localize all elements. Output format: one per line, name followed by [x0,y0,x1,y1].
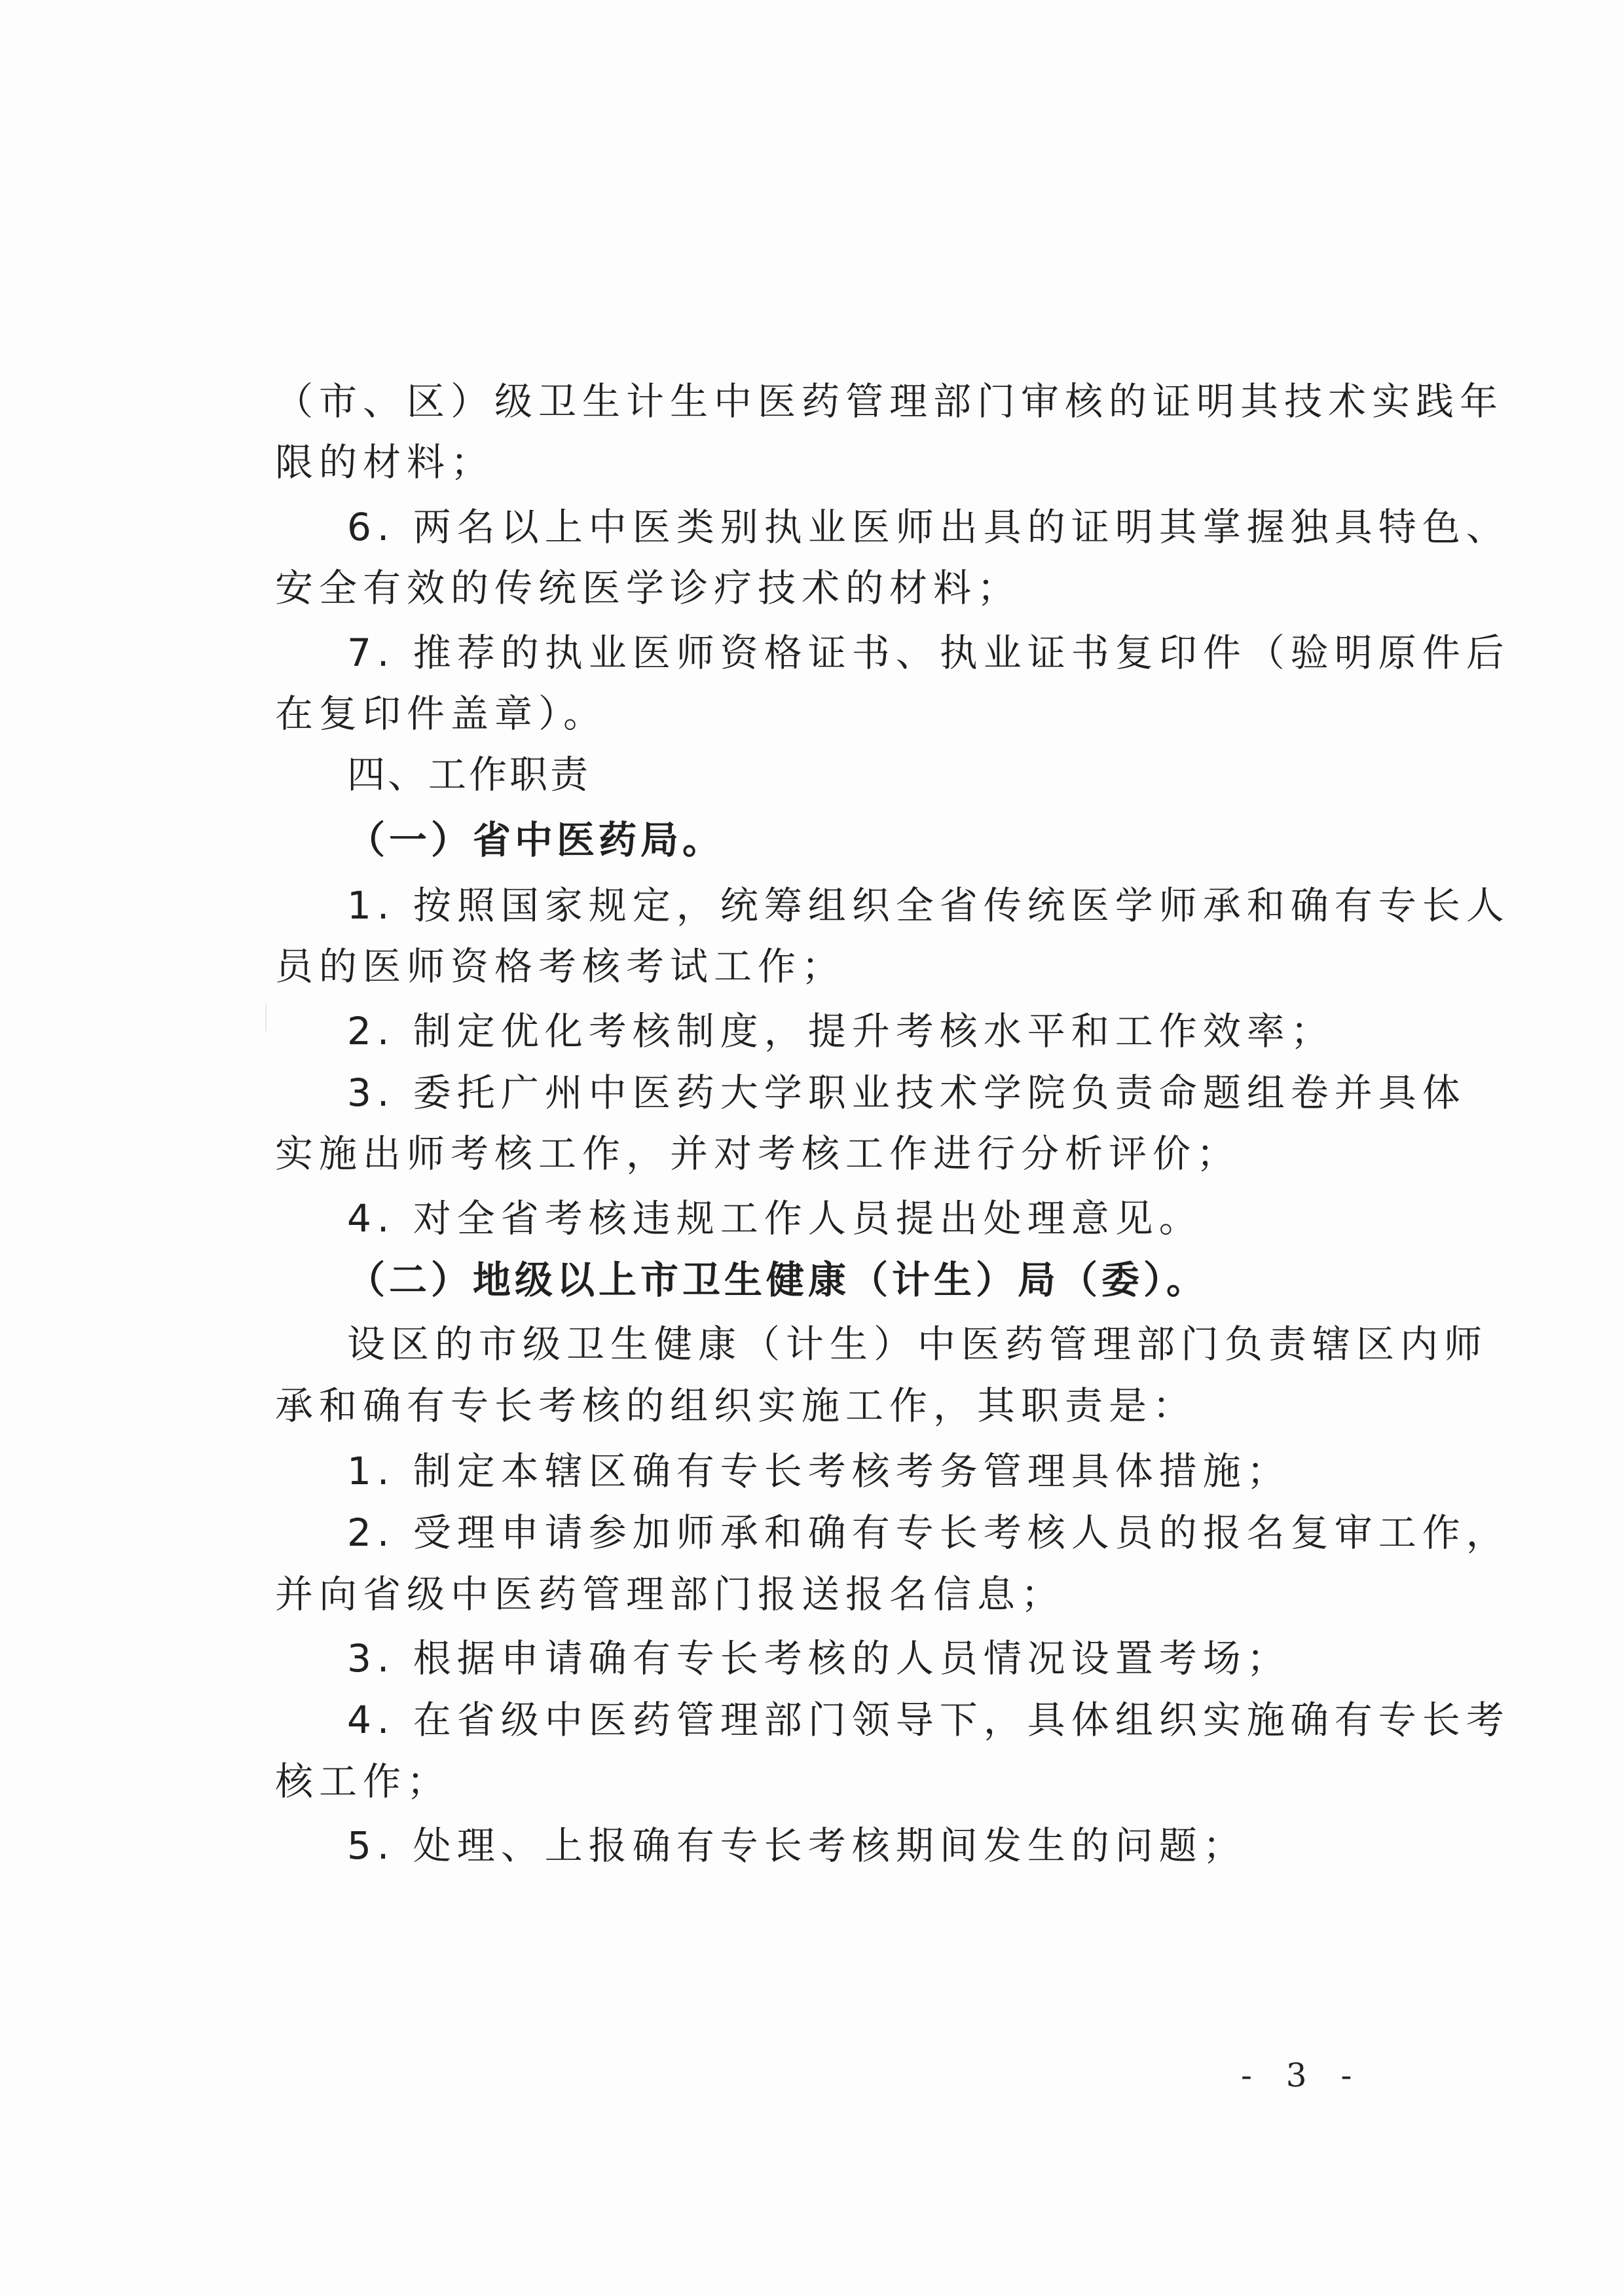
paragraph-intro: 设区的市级卫生健康（计生）中医药管理部门负责辖区内师 [347,1321,1421,1367]
page-number: - 3 - [1241,2056,1363,2095]
paragraph-line: 在复印件盖章）。 [275,691,1349,737]
scan-artifact [265,1005,267,1031]
subsection-heading-city-bureau: （二）地级以上市卫生健康（计生）局（委）。 [347,1257,1421,1303]
paragraph-line: 实施出师考核工作，并对考核工作进行分析评价； [275,1131,1349,1176]
list-item-7: 7. 推荐的执业医师资格证书、执业证书复印件（验明原件后 [347,630,1421,676]
list-item-2: 2. 受理申请参加师承和确有专长考核人员的报名复审工作， [347,1510,1421,1556]
list-item-3: 3. 根据申请确有专长考核的人员情况设置考场； [347,1635,1421,1681]
document-page: （市、区）级卫生计生中医药管理部门审核的证明其技术实践年 限的材料； 6. 两名… [0,0,1624,2296]
list-item-4: 4. 对全省考核违规工作人员提出处理意见。 [347,1195,1421,1241]
list-item-1: 1. 制定本辖区确有专长考核考务管理具体措施； [347,1448,1421,1494]
paragraph-line: 承和确有专长考核的组织实施工作，其职责是： [275,1383,1349,1429]
paragraph-line: 并向省级中医药管理部门报送报名信息； [275,1571,1349,1617]
list-item-1: 1. 按照国家规定，统筹组织全省传统医学师承和确有专长人 [347,883,1421,928]
list-item-6: 6. 两名以上中医类别执业医师出具的证明其掌握独具特色、 [347,504,1421,550]
paragraph-line: （市、区）级卫生计生中医药管理部门审核的证明其技术实践年 [275,378,1349,424]
paragraph-line: 核工作； [275,1758,1349,1804]
paragraph-line: 限的材料； [275,439,1349,485]
list-item-4: 4. 在省级中医药管理部门领导下，具体组织实施确有专长考 [347,1697,1421,1743]
subsection-heading-provincial-bureau: （一）省中医药局。 [347,817,1421,863]
paragraph-line: 安全有效的传统医学诊疗技术的材料； [275,565,1349,611]
list-item-2: 2. 制定优化考核制度，提升考核水平和工作效率； [347,1008,1421,1054]
section-heading-duties: 四、工作职责 [347,752,1421,797]
paragraph-line: 员的医师资格考核考试工作； [275,943,1349,989]
list-item-3: 3. 委托广州中医药大学职业技术学院负责命题组卷并具体 [347,1070,1421,1116]
list-item-5: 5. 处理、上报确有专长考核期间发生的问题； [347,1823,1421,1868]
